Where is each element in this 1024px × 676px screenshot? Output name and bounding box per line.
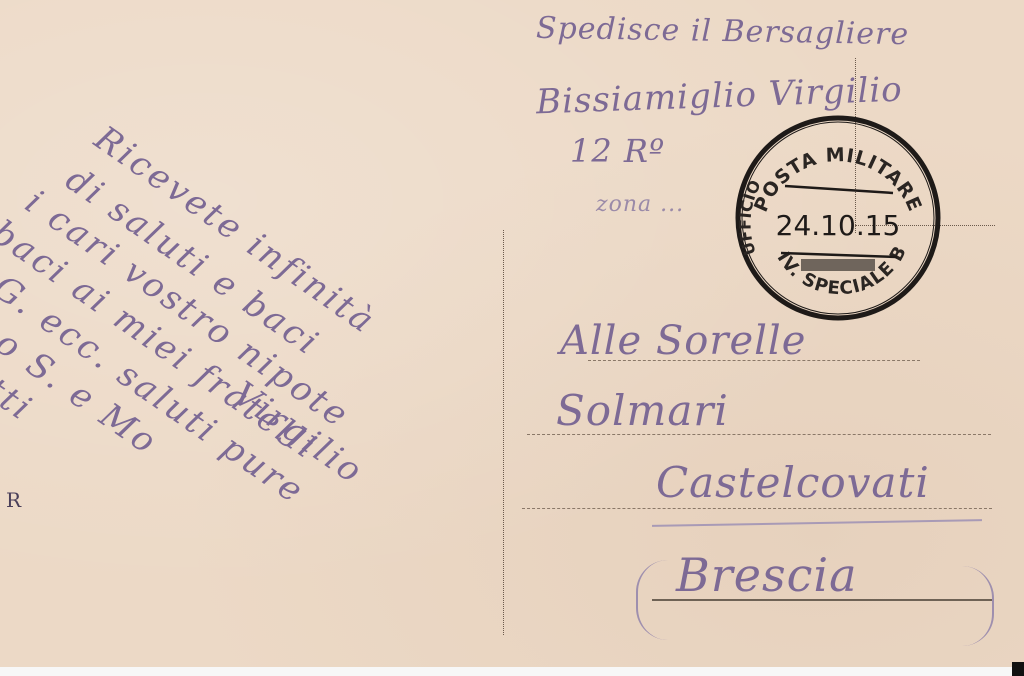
- postmark-circle-icon: POSTA MILITARE DIV. SPECIALE B. UFFICIO …: [733, 113, 943, 323]
- address-province: Brescia: [676, 548, 858, 602]
- address-recipient: Alle Sorelle: [560, 318, 806, 364]
- message-initial: R: [6, 488, 21, 512]
- postcard-back: Spedisce il Bersagliere Bissiamiglio Vir…: [0, 0, 1024, 667]
- scan-corner-shadow: [1012, 662, 1024, 676]
- address-town: Castelcovati: [656, 458, 930, 507]
- address-underline: [652, 519, 982, 527]
- address-surname: Solmari: [556, 386, 729, 435]
- svg-text:POSTA MILITARE: POSTA MILITARE: [750, 144, 926, 215]
- postmark-stamp: POSTA MILITARE DIV. SPECIALE B. UFFICIO …: [733, 113, 943, 323]
- province-paren-right: [962, 566, 994, 646]
- scan-bottom-margin: [0, 667, 1024, 676]
- sender-regiment: 12 Rº: [570, 132, 665, 170]
- sender-zone: zona ...: [596, 192, 684, 217]
- sender-line-1: Spedisce il Bersagliere: [536, 11, 910, 53]
- message-address-divider: [503, 230, 504, 635]
- address-line-3-guide: [522, 508, 992, 509]
- province-paren-left: [636, 560, 668, 640]
- svg-text:24.10.15: 24.10.15: [776, 209, 901, 242]
